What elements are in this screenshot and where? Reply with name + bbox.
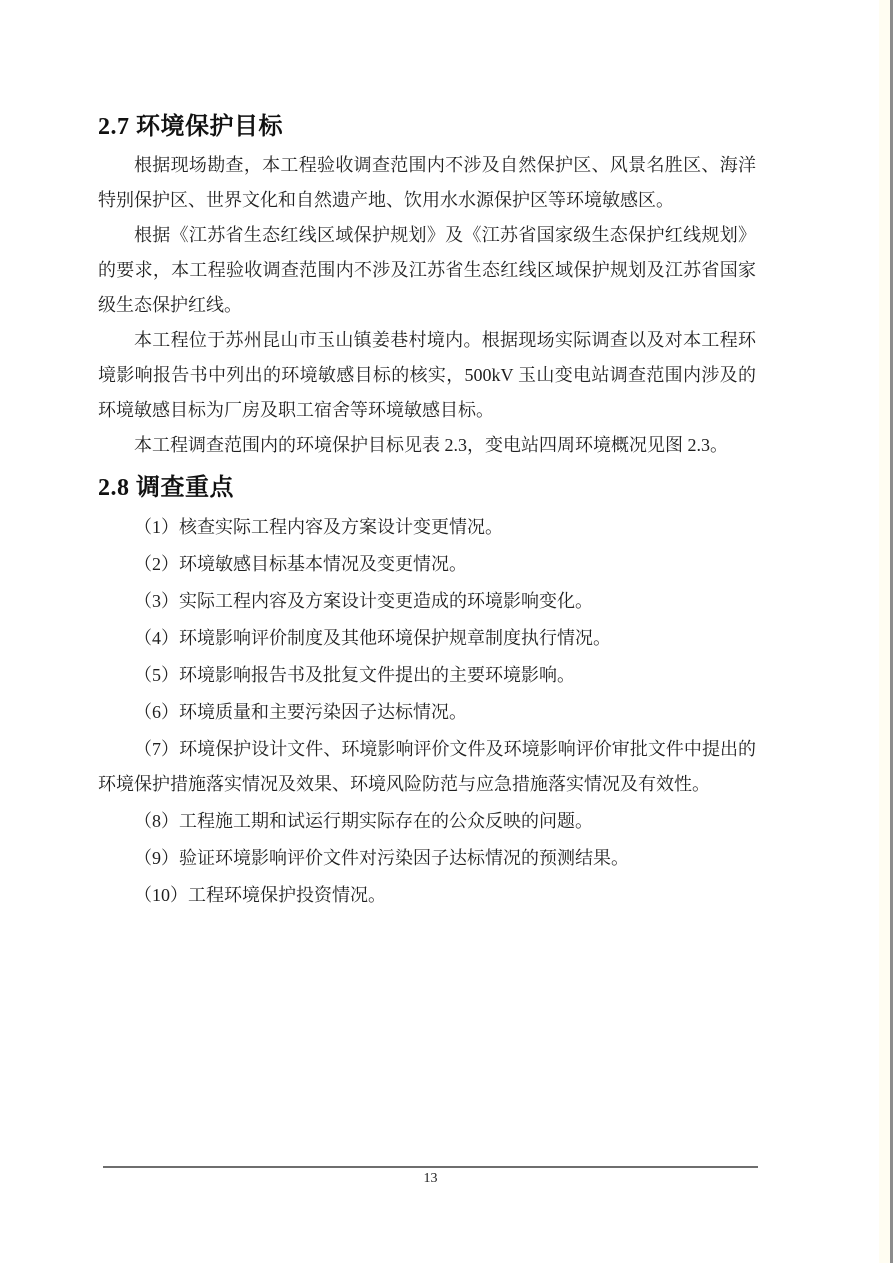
footer-rule: [103, 1166, 758, 1168]
survey-item: （9）验证环境影响评价文件对污染因子达标情况的预测结果。: [98, 841, 756, 876]
page-edge-paper: [879, 0, 890, 1263]
body-paragraph: 根据现场勘查，本工程验收调查范围内不涉及自然保护区、风景名胜区、海洋特别保护区、…: [98, 148, 756, 218]
survey-item: （1）核查实际工程内容及方案设计变更情况。: [98, 510, 756, 545]
survey-item: （4）环境影响评价制度及其他环境保护规章制度执行情况。: [98, 621, 756, 656]
survey-item: （10）工程环境保护投资情况。: [98, 878, 756, 913]
body-paragraph: 本工程位于苏州昆山市玉山镇姜巷村境内。根据现场实际调查以及对本工程环境影响报告书…: [98, 323, 756, 428]
survey-item: （6）环境质量和主要污染因子达标情况。: [98, 695, 756, 730]
survey-item: （2）环境敏感目标基本情况及变更情况。: [98, 547, 756, 582]
section-heading-2-7: 2.7 环境保护目标: [98, 112, 756, 142]
body-paragraph: 本工程调查范围内的环境保护目标见表 2.3，变电站四周环境概况见图 2.3。: [98, 428, 756, 463]
survey-item: （3）实际工程内容及方案设计变更造成的环境影响变化。: [98, 584, 756, 619]
document-page: 2.7 环境保护目标 根据现场勘查，本工程验收调查范围内不涉及自然保护区、风景名…: [0, 0, 893, 1263]
survey-item: （7）环境保护设计文件、环境影响评价文件及环境影响评价审批文件中提出的环境保护措…: [98, 732, 756, 802]
page-number: 13: [103, 1171, 758, 1187]
section-heading-2-8: 2.8 调查重点: [98, 473, 756, 503]
page-content: 2.7 环境保护目标 根据现场勘查，本工程验收调查范围内不涉及自然保护区、风景名…: [98, 112, 756, 915]
survey-item: （5）环境影响报告书及批复文件提出的主要环境影响。: [98, 658, 756, 693]
page-footer: 13: [103, 1166, 758, 1187]
survey-item: （8）工程施工期和试运行期实际存在的公众反映的问题。: [98, 804, 756, 839]
body-paragraph: 根据《江苏省生态红线区域保护规划》及《江苏省国家级生态保护红线规划》的要求，本工…: [98, 218, 756, 323]
